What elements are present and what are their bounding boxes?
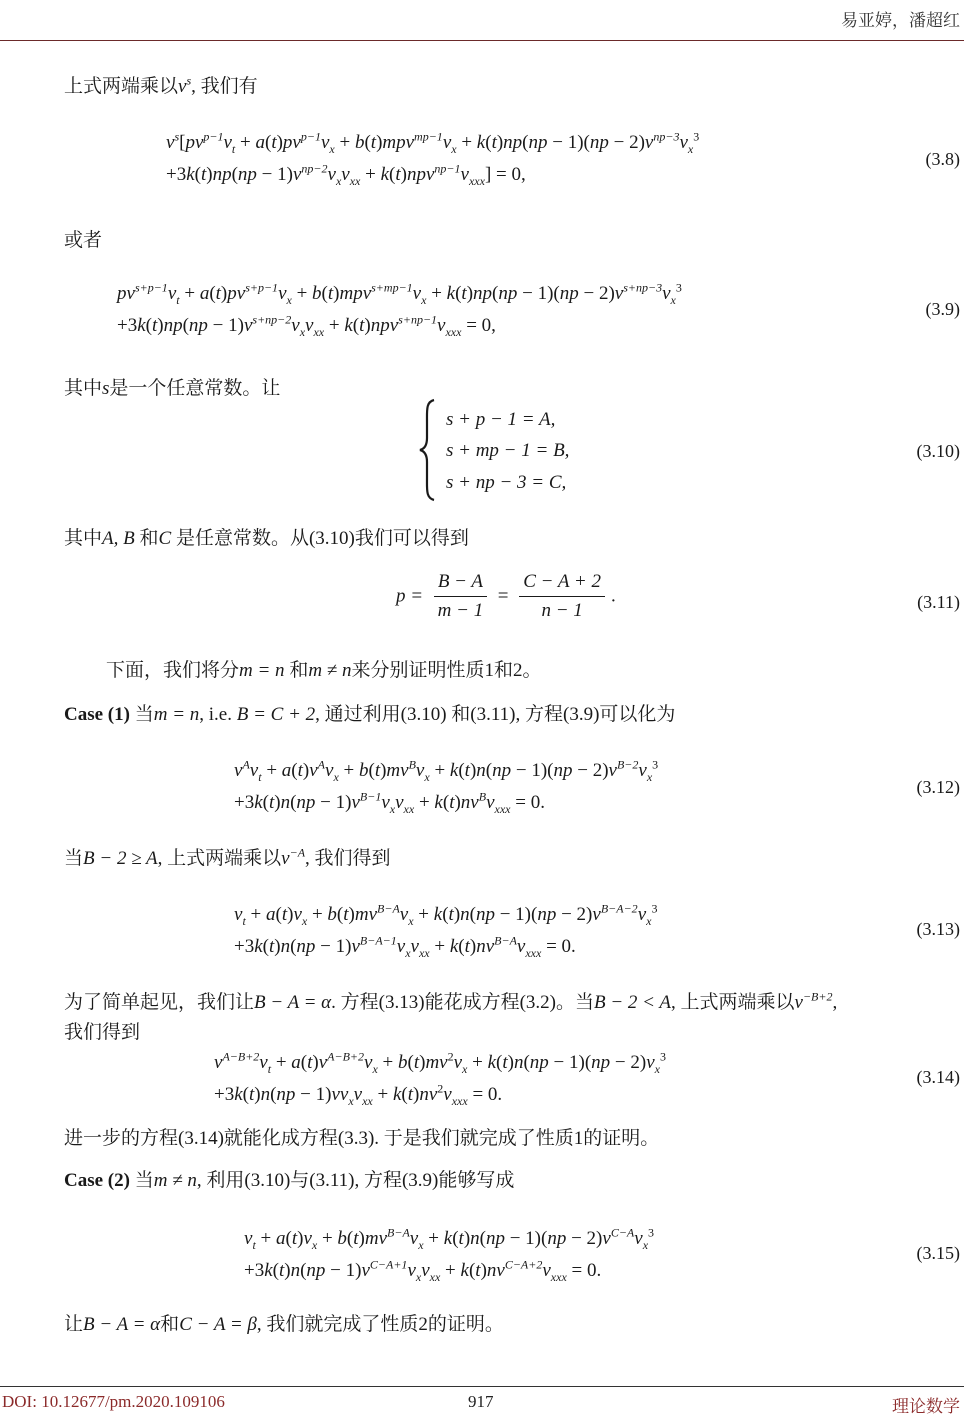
paragraph-simplicity: 为了简单起见，我们让B − A = α. 方程(3.13)能花成方程(3.2)。… bbox=[64, 990, 837, 1016]
text: , 通过利用(3.10) 和(3.11), 方程(3.9)可以化为 bbox=[315, 704, 675, 725]
numerator: B − A bbox=[434, 568, 487, 597]
text: 和 bbox=[160, 1314, 179, 1335]
fraction-2: C − A + 2n − 1 bbox=[519, 568, 605, 625]
text: , 我们得到 bbox=[305, 848, 391, 869]
equation-3-15-line2: +3k(t)n(np − 1)vC−A+1vxvxx + k(t)nvC−A+2… bbox=[244, 1254, 601, 1288]
equation-number: (3.10) bbox=[917, 434, 961, 468]
text: 让 bbox=[64, 1314, 83, 1335]
equation-3-12-line1: vAvt + a(t)vAvx + b(t)mvBvx + k(t)n(np −… bbox=[234, 754, 658, 788]
equation-number: (3.13) bbox=[917, 912, 961, 946]
math-expr: B = C + 2 bbox=[237, 704, 315, 725]
text: 当 bbox=[130, 704, 154, 725]
paragraph-abc-constants: 其中A, B 和C 是任意常数。从(3.10)我们可以得到 bbox=[64, 526, 469, 552]
header-rule bbox=[0, 40, 964, 41]
text: , i.e. bbox=[199, 704, 236, 725]
math-var: C bbox=[159, 528, 172, 549]
math-expr: m ≠ n bbox=[154, 1170, 197, 1191]
equation-3-8-line1: vs[pvp−1vt + a(t)pvp−1vx + b(t)mpvmp−1vx… bbox=[166, 126, 699, 160]
case-label: Case (2) bbox=[64, 1170, 130, 1191]
math-expr: m = n bbox=[239, 660, 285, 681]
system-line-2: s + mp − 1 = B, bbox=[446, 434, 569, 468]
text: 其中 bbox=[64, 378, 102, 399]
equation-3-12-line2: +3k(t)n(np − 1)vB−1vxvxx + k(t)nvBvxxx =… bbox=[234, 786, 545, 820]
text: 下面，我们将分 bbox=[106, 660, 239, 681]
denominator: m − 1 bbox=[434, 597, 487, 625]
footer-doi-link[interactable]: DOI: 10.12677/pm.2020.109106 bbox=[2, 1392, 225, 1412]
equation-3-14-line1: vA−B+2vt + a(t)vA−B+2vx + b(t)mv2vx + k(… bbox=[214, 1046, 666, 1080]
equation-number: (3.9) bbox=[926, 292, 961, 326]
numerator: C − A + 2 bbox=[519, 568, 605, 597]
equation-3-13-line1: vt + a(t)vx + b(t)mvB−Avx + k(t)n(np − 1… bbox=[234, 898, 657, 932]
math-expr: B − A = α bbox=[254, 992, 331, 1013]
text: 当 bbox=[64, 848, 83, 869]
system-line-1: s + p − 1 = A, bbox=[446, 403, 555, 437]
equation-number: (3.15) bbox=[917, 1236, 961, 1270]
footer-page-number: 917 bbox=[468, 1392, 494, 1412]
paragraph-case-1: Case (1) 当m = n, i.e. B = C + 2, 通过利用(3.… bbox=[64, 702, 675, 728]
text: , 利用(3.10)与(3.11), 方程(3.9)能够写成 bbox=[197, 1170, 515, 1191]
paragraph-property-1-done: 进一步的方程(3.14)就能化成方程(3.3). 于是我们就完成了性质1的证明。 bbox=[64, 1126, 659, 1152]
math-expr: m = n bbox=[154, 704, 200, 725]
paragraph-or: 或者 bbox=[64, 228, 102, 254]
paragraph-we-get: 我们得到 bbox=[64, 1020, 140, 1046]
equation-3-8-line2: +3k(t)np(np − 1)vnp−2vxvxx + k(t)npvnp−1… bbox=[166, 158, 526, 192]
text: 是一个任意常数。让 bbox=[109, 378, 280, 399]
text: 其中 bbox=[64, 528, 102, 549]
math-expr: C − A = β bbox=[179, 1314, 257, 1335]
text: 是任意常数。从(3.10)我们可以得到 bbox=[171, 528, 469, 549]
footer-journal-name: 理论数学 bbox=[892, 1392, 960, 1414]
math-var: v bbox=[281, 848, 289, 869]
text: . 方程(3.13)能花成方程(3.2)。当 bbox=[331, 992, 594, 1013]
denominator: n − 1 bbox=[519, 597, 605, 625]
math-expr: B − A = α bbox=[83, 1314, 160, 1335]
case-label: Case (1) bbox=[64, 704, 130, 725]
paragraph-when-b-ge-a: 当B − 2 ≥ A, 上式两端乘以v−A, 我们得到 bbox=[64, 846, 391, 872]
period: . bbox=[611, 586, 616, 607]
math-expr: B − 2 < A bbox=[594, 992, 671, 1013]
text: 当 bbox=[130, 1170, 154, 1191]
math-expr: B − 2 ≥ A bbox=[83, 848, 158, 869]
paragraph-case-2: Case (2) 当m ≠ n, 利用(3.10)与(3.11), 方程(3.9… bbox=[64, 1168, 514, 1194]
text: , 上式两端乘以 bbox=[158, 848, 282, 869]
text: 为了简单起见，我们让 bbox=[64, 992, 254, 1013]
paragraph-multiply-vs: 上式两端乘以vs, 我们有 bbox=[64, 74, 258, 100]
text: , 上式两端乘以 bbox=[671, 992, 795, 1013]
left-brace-icon bbox=[418, 398, 440, 502]
text: , bbox=[832, 992, 837, 1013]
text: 和 bbox=[135, 528, 159, 549]
math-expr: m ≠ n bbox=[308, 660, 351, 681]
equation-number: (3.12) bbox=[917, 770, 961, 804]
running-header-authors: 易亚婷，潘超红 bbox=[841, 6, 960, 31]
equation-3-14-line2: +3k(t)n(np − 1)vvxvxx + k(t)nv2vxxx = 0. bbox=[214, 1078, 502, 1112]
math-sup: −A bbox=[290, 846, 305, 860]
paragraph-property-2-done: 让B − A = α和C − A = β, 我们就完成了性质2的证明。 bbox=[64, 1312, 504, 1338]
lhs: p = bbox=[396, 586, 423, 607]
text: 和 bbox=[285, 660, 309, 681]
equation-3-9-line1: pvs+p−1vt + a(t)pvs+p−1vx + b(t)mpvs+mp−… bbox=[117, 277, 682, 311]
equation-3-15-line1: vt + a(t)vx + b(t)mvB−Avx + k(t)n(np − 1… bbox=[244, 1222, 654, 1256]
equation-number: (3.11) bbox=[917, 585, 960, 619]
math-sup: −B+2 bbox=[803, 990, 833, 1004]
equation-number: (3.8) bbox=[926, 142, 961, 176]
equation-number: (3.14) bbox=[917, 1060, 961, 1094]
math-var: v bbox=[795, 992, 803, 1013]
equation-3-13-line2: +3k(t)n(np − 1)vB−A−1vxvxx + k(t)nvB−Avx… bbox=[234, 930, 576, 964]
text: , 我们就完成了性质2的证明。 bbox=[257, 1314, 504, 1335]
system-line-3: s + np − 3 = C, bbox=[446, 466, 566, 500]
text: , 我们有 bbox=[191, 76, 258, 97]
paragraph-next-cases: 下面，我们将分m = n 和m ≠ n来分别证明性质1和2。 bbox=[106, 658, 542, 684]
equation-3-9-line2: +3k(t)np(np − 1)vs+np−2vxvxx + k(t)npvs+… bbox=[117, 309, 496, 343]
fraction-1: B − Am − 1 bbox=[434, 568, 487, 625]
text: 来分别证明性质1和2。 bbox=[351, 660, 541, 681]
equation-3-11: p = B − Am − 1 = C − A + 2n − 1. bbox=[396, 568, 616, 625]
footer-rule bbox=[0, 1386, 964, 1387]
math-var: A, B bbox=[102, 528, 135, 549]
paragraph-s-constant: 其中s是一个任意常数。让 bbox=[64, 376, 280, 402]
equals: = bbox=[498, 586, 509, 607]
text: 上式两端乘以 bbox=[64, 76, 178, 97]
